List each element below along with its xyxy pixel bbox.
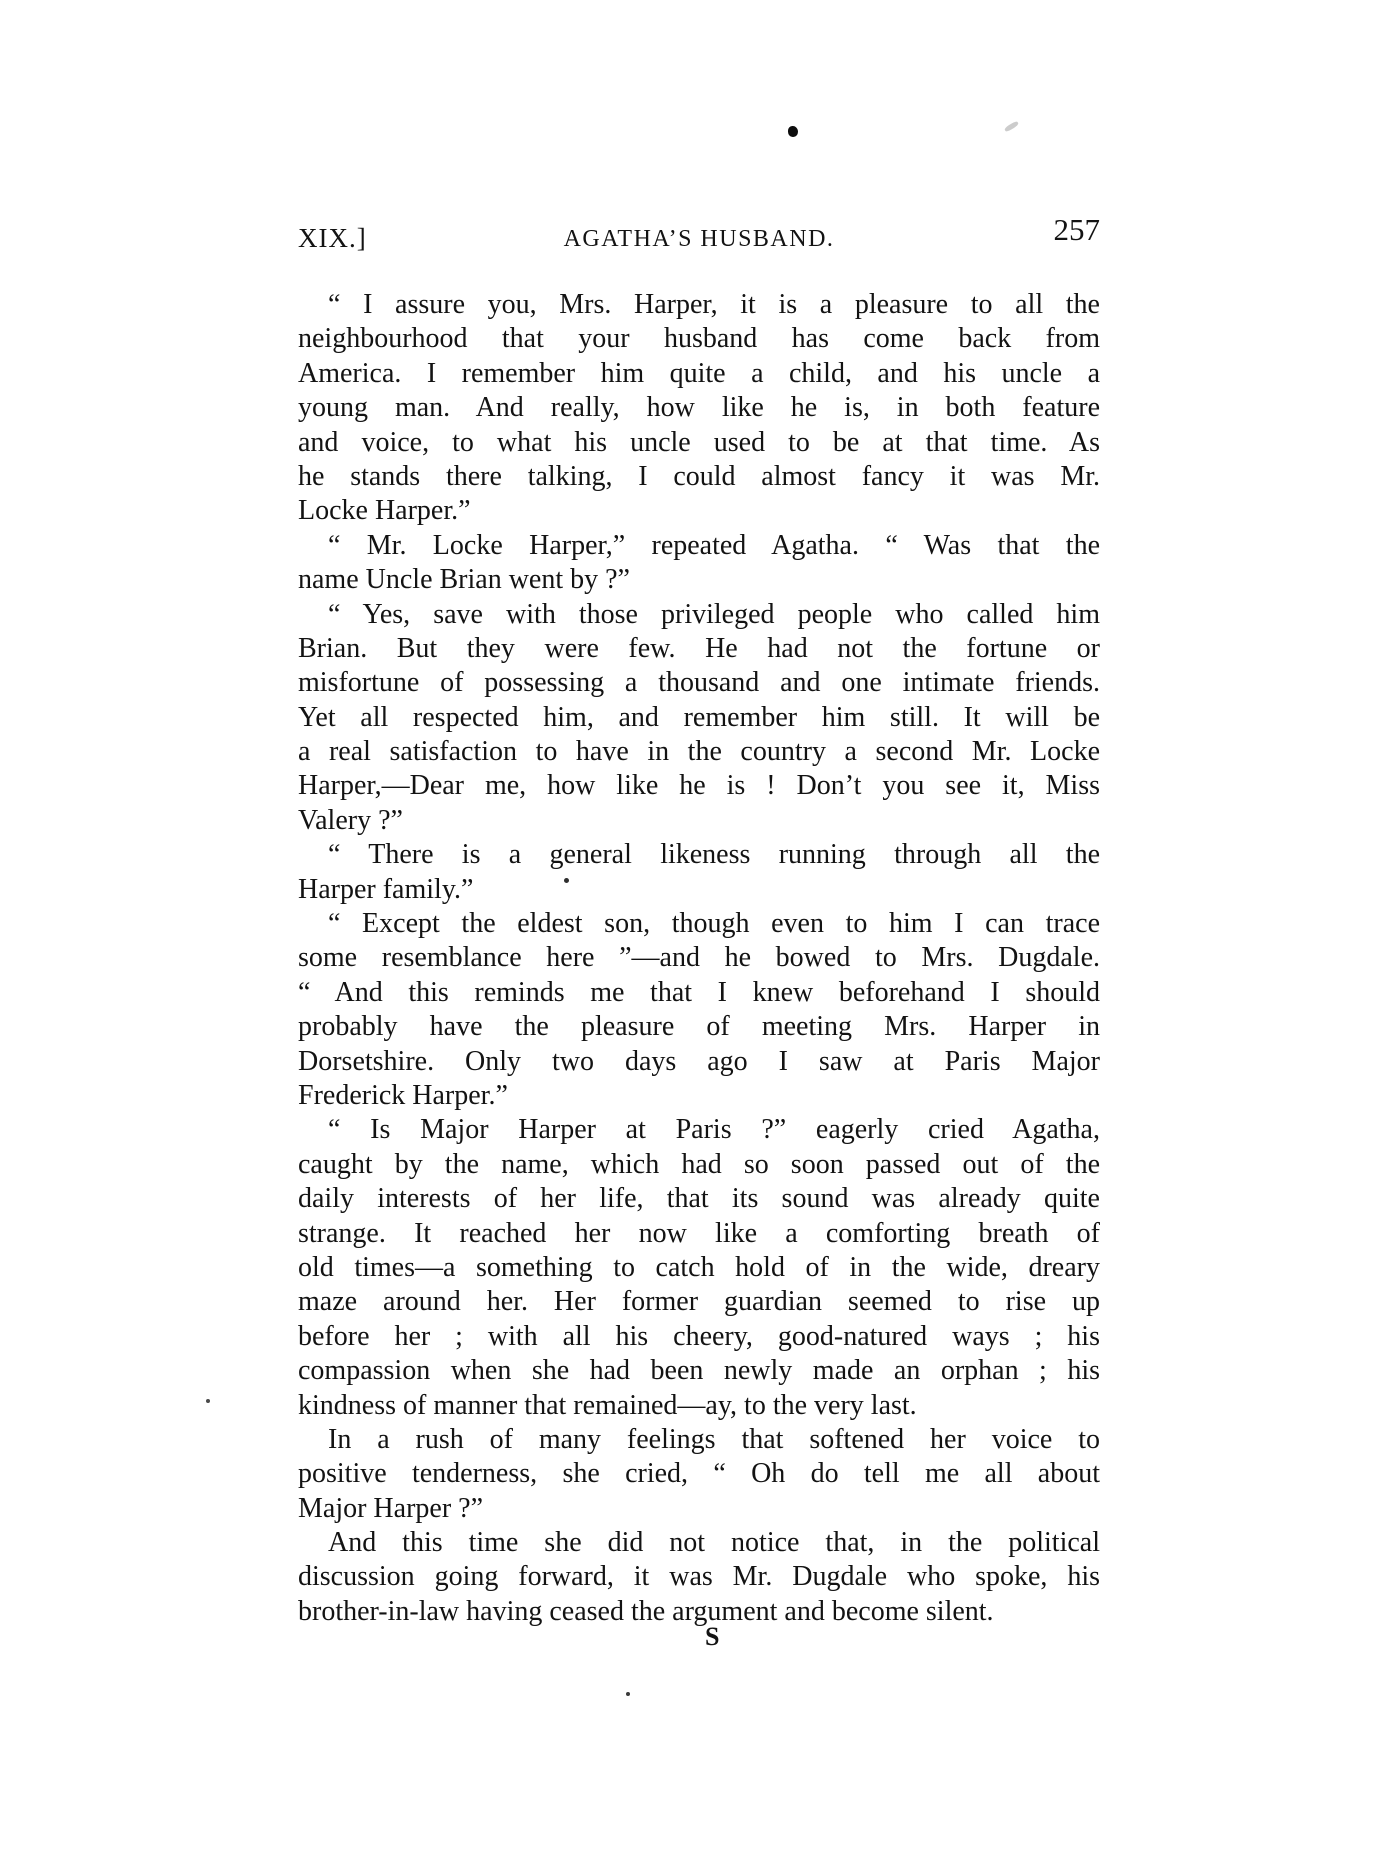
text-line: Locke Harper.” <box>298 494 1100 528</box>
margin-ink-speck <box>206 1399 210 1403</box>
text-line: In a rush of many feelings that softened… <box>298 1423 1100 1457</box>
scan-artifact-speck <box>1004 120 1019 132</box>
text-line: young man. And really, how like he is, i… <box>298 391 1100 425</box>
text-line: kindness of manner that remained—ay, to … <box>298 1389 1100 1423</box>
text-line: And this time she did not notice that, i… <box>298 1526 1100 1560</box>
text-line: probably have the pleasure of meeting Mr… <box>298 1010 1100 1044</box>
text-line: he stands there talking, I could almost … <box>298 460 1100 494</box>
text-line: Major Harper ?” <box>298 1492 1100 1526</box>
text-line: “ I assure you, Mrs. Harper, it is a ple… <box>298 288 1100 322</box>
page-number: 257 <box>1054 212 1101 248</box>
text-line: a real satisfaction to have in the count… <box>298 735 1100 769</box>
text-line: old times—a something to catch hold of i… <box>298 1251 1100 1285</box>
text-line: before her ; with all his cheery, good-n… <box>298 1320 1100 1354</box>
text-line: and voice, to what his uncle used to be … <box>298 426 1100 460</box>
text-line: misfortune of possessing a thousand and … <box>298 666 1100 700</box>
printer-signature-mark: S <box>705 1622 719 1652</box>
footer-ink-speck <box>626 1692 630 1696</box>
text-line: Dorsetshire. Only two days ago I saw at … <box>298 1045 1100 1079</box>
running-title: AGATHA’S HUSBAND. <box>564 226 835 253</box>
text-line: Brian. But they were few. He had not the… <box>298 632 1100 666</box>
ink-blot-speck <box>788 126 798 137</box>
text-line: brother-in-law having ceased the argumen… <box>298 1595 1100 1629</box>
text-line: Valery ?” <box>298 804 1100 838</box>
text-line: “ Except the eldest son, though even to … <box>298 907 1100 941</box>
body-text: “ I assure you, Mrs. Harper, it is a ple… <box>298 288 1100 1629</box>
text-line: “ Mr. Locke Harper,” repeated Agatha. “ … <box>298 529 1100 563</box>
text-line: America. I remember him quite a child, a… <box>298 357 1100 391</box>
text-line: positive tenderness, she cried, “ Oh do … <box>298 1457 1100 1491</box>
text-line: Harper,—Dear me, how like he is ! Don’t … <box>298 769 1100 803</box>
book-page: XIX.] AGATHA’S HUSBAND. 257 “ I assure y… <box>0 0 1400 1850</box>
text-line: Yet all respected him, and remember him … <box>298 701 1100 735</box>
text-line: “ There is a general likeness running th… <box>298 838 1100 872</box>
text-line: caught by the name, which had so soon pa… <box>298 1148 1100 1182</box>
text-line: compassion when she had been newly made … <box>298 1354 1100 1388</box>
text-line: neighbourhood that your husband has come… <box>298 322 1100 356</box>
text-line: discussion going forward, it was Mr. Dug… <box>298 1560 1100 1594</box>
page-header: XIX.] AGATHA’S HUSBAND. 257 <box>298 210 1100 256</box>
text-line: “ Yes, save with those privileged people… <box>298 598 1100 632</box>
text-line: Harper family.” <box>298 873 1100 907</box>
text-line: “ Is Major Harper at Paris ?” eagerly cr… <box>298 1113 1100 1147</box>
text-line: name Uncle Brian went by ?” <box>298 563 1100 597</box>
text-line: strange. It reached her now like a comfo… <box>298 1217 1100 1251</box>
text-line: maze around her. Her former guardian see… <box>298 1285 1100 1319</box>
ink-speck <box>564 878 569 883</box>
text-line: Frederick Harper.” <box>298 1079 1100 1113</box>
text-line: “ And this reminds me that I knew before… <box>298 976 1100 1010</box>
text-line: some resemblance here ”—and he bowed to … <box>298 941 1100 975</box>
chapter-label: XIX.] <box>298 223 367 254</box>
text-line: daily interests of her life, that its so… <box>298 1182 1100 1216</box>
